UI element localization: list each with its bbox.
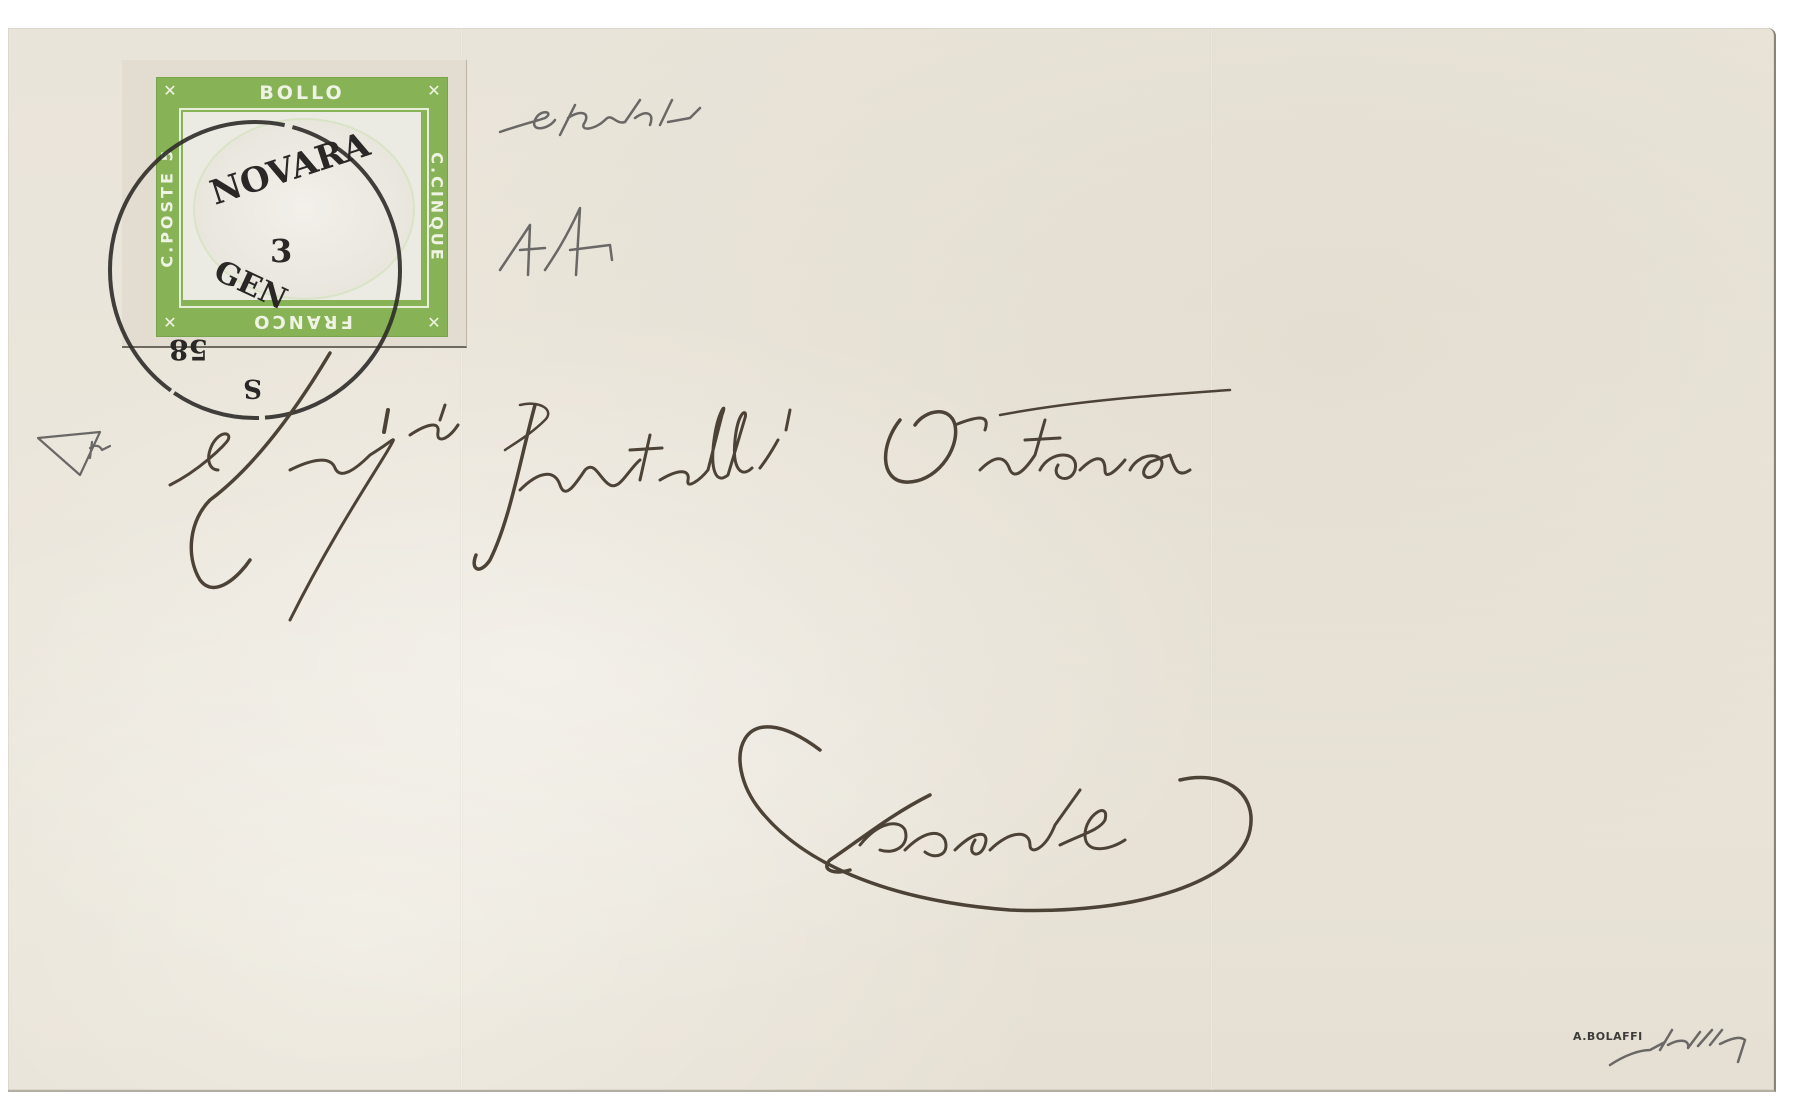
corner-cross-icon: ✕ [161, 314, 179, 332]
fold-line [1210, 28, 1213, 1090]
expertiser-stamp: A.BOLAFFI [1573, 1030, 1643, 1043]
stamp-right-label: C.CINQUE [428, 122, 447, 294]
corner-cross-icon: ✕ [425, 314, 443, 332]
corner-cross-icon: ✕ [425, 82, 443, 100]
stamp-left-label: C.POSTE 5 [158, 122, 177, 294]
address-transcription: Sig.ri Fratelli Ortona Casale G. Bolaffi… [0, 0, 1, 1]
stamp-top-label: BOLLO [157, 82, 447, 104]
salutation-text: Sig.ri [0, 0, 1, 1]
stamp-bottom-label: FRANCO [157, 311, 447, 332]
corner-cross-icon: ✕ [161, 82, 179, 100]
stamp-inner-frame [179, 108, 429, 308]
postage-stamp: BOLLO FRANCO C.POSTE 5 C.CINQUE ✕ ✕ ✕ ✕ [157, 78, 447, 336]
